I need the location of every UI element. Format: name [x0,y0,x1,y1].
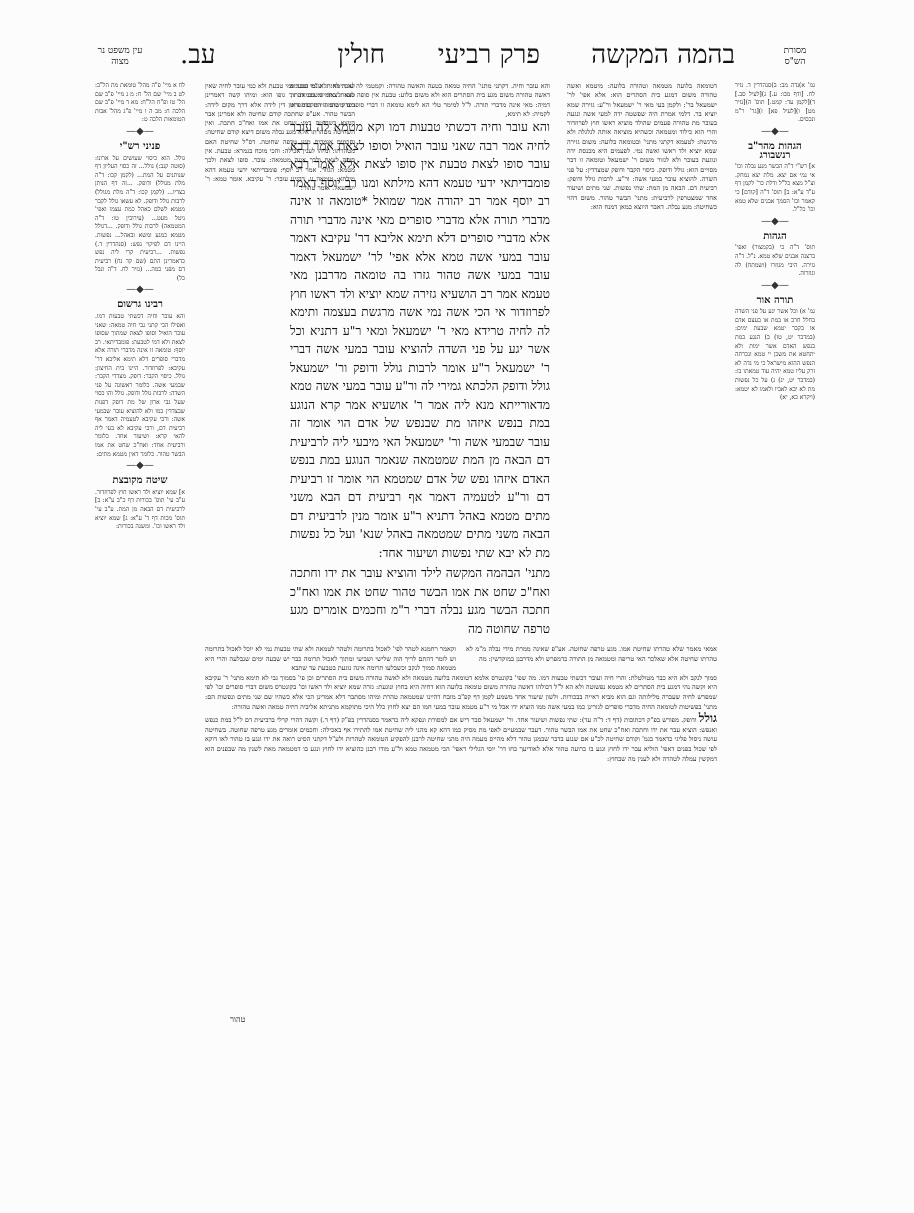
ornament-divider: —◆— [735,127,815,137]
tractate-name: חולין [337,40,385,70]
shita-mekubetzet-title: שיטה מקובצת [95,477,185,486]
hagahot2-body: תוס' ד"ה כי (בקמצור) ואפי' ברצנה אבנים ש… [735,244,815,278]
dibur-hamatchil-gulal: גולל [699,711,717,725]
hagahot-title: הגהות מהר"ב רנשבורג [735,143,815,160]
left-margin-column: לח א מיי' פ"ה מהל' טומאת מת הל"ב: לט ב מ… [95,82,185,962]
ornament-divider: —◆— [95,285,185,295]
bottom-commentary: אמאי מאמר שלא טהרתו שחיטת אמו. מגע טרפה … [205,645,717,766]
bottom-left-column: וקאמר רחמנא לטהר לפי' לאכול בתרומה ולטהר… [205,645,456,674]
ein-mishpat-references: לח א מיי' פ"ה מהל' טומאת מת הל"ב: לט ב מ… [95,82,185,125]
torah-or-title: תורה אור [735,297,815,306]
right-margin-column: גמ' א)נדה מב: ב)סנהדרין ד. נזיר לח. [ודף… [735,82,815,962]
pnei-rashi-body: גולל. הוא כיסוי שעושים על ארונו: (סוטה ק… [95,155,185,284]
catchword-footer: טהור [230,1015,245,1024]
gulal-text: ודופק. מפורש בפ"ק דכתובות (דף ד: ד"ה עד)… [205,716,717,762]
chapter-title: בהמה המקשה [591,40,735,70]
bottom-full-paragraph: סמוך לנקב ולא היא כבר מטולטלת: והרי חיה … [205,674,717,712]
folio-number: עב. [180,40,216,70]
bottom-gulal-paragraph: גולל ודופק. מפורש בפ"ק דכתובות (דף ד: ד"… [205,714,717,764]
ornament-divider: —◆— [95,461,185,471]
pnei-rashi-title: פניני רש"י [95,143,185,152]
perek-label: פרק רביעי [438,40,540,70]
rabbeinu-gershom-body: והא עובר וחיה דכשתי טבעות דמו. ואפילו הכ… [95,313,185,459]
shita-mekubetzet-body: א] שמא יוציא ולד ראשו חוץ לפרוזדור. ע"ב … [95,489,185,532]
bottom-right-column: אמאי מאמר שלא טהרתו שחיטת אמו. מגע טרפה … [466,645,717,674]
masoret-hashas-label: מסורת הש"ס [775,46,815,68]
tosafot-commentary: לא תימא. ולא נמי עובר כמי טבעת ולא כמי ע… [205,82,355,642]
hagahot2-title: הגהות [735,233,815,242]
torah-or-body: גמ' א) וכל אשר יגע על פני השדה בחלל חרב … [735,308,815,403]
ein-mishpat-label: עין משפט נר מצוה [95,46,145,68]
page-header: מסורת הש"ס בהמה המקשה פרק רביעי חולין עב… [95,40,815,80]
rabbeinu-gershom-title: רבינו גרשום [95,301,185,310]
ornament-divider: —◆— [735,217,815,227]
bottom-two-columns: אמאי מאמר שלא טהרתו שחיטת אמו. מגע טרפה … [205,645,717,674]
hagahot-body: א] רש"י ד"ה הבשר מגע נבלה וכו' אי נמי אם… [735,163,815,215]
masoret-references: גמ' א)נדה מב: ב)סנהדרין ד. נזיר לח. [ודף… [735,82,815,125]
rashi-commentary: דטומאה בלועה מטמאה וטהורה בלועה: מיטמא ו… [567,82,717,642]
ornament-divider: —◆— [95,127,185,137]
ornament-divider: —◆— [735,281,815,291]
